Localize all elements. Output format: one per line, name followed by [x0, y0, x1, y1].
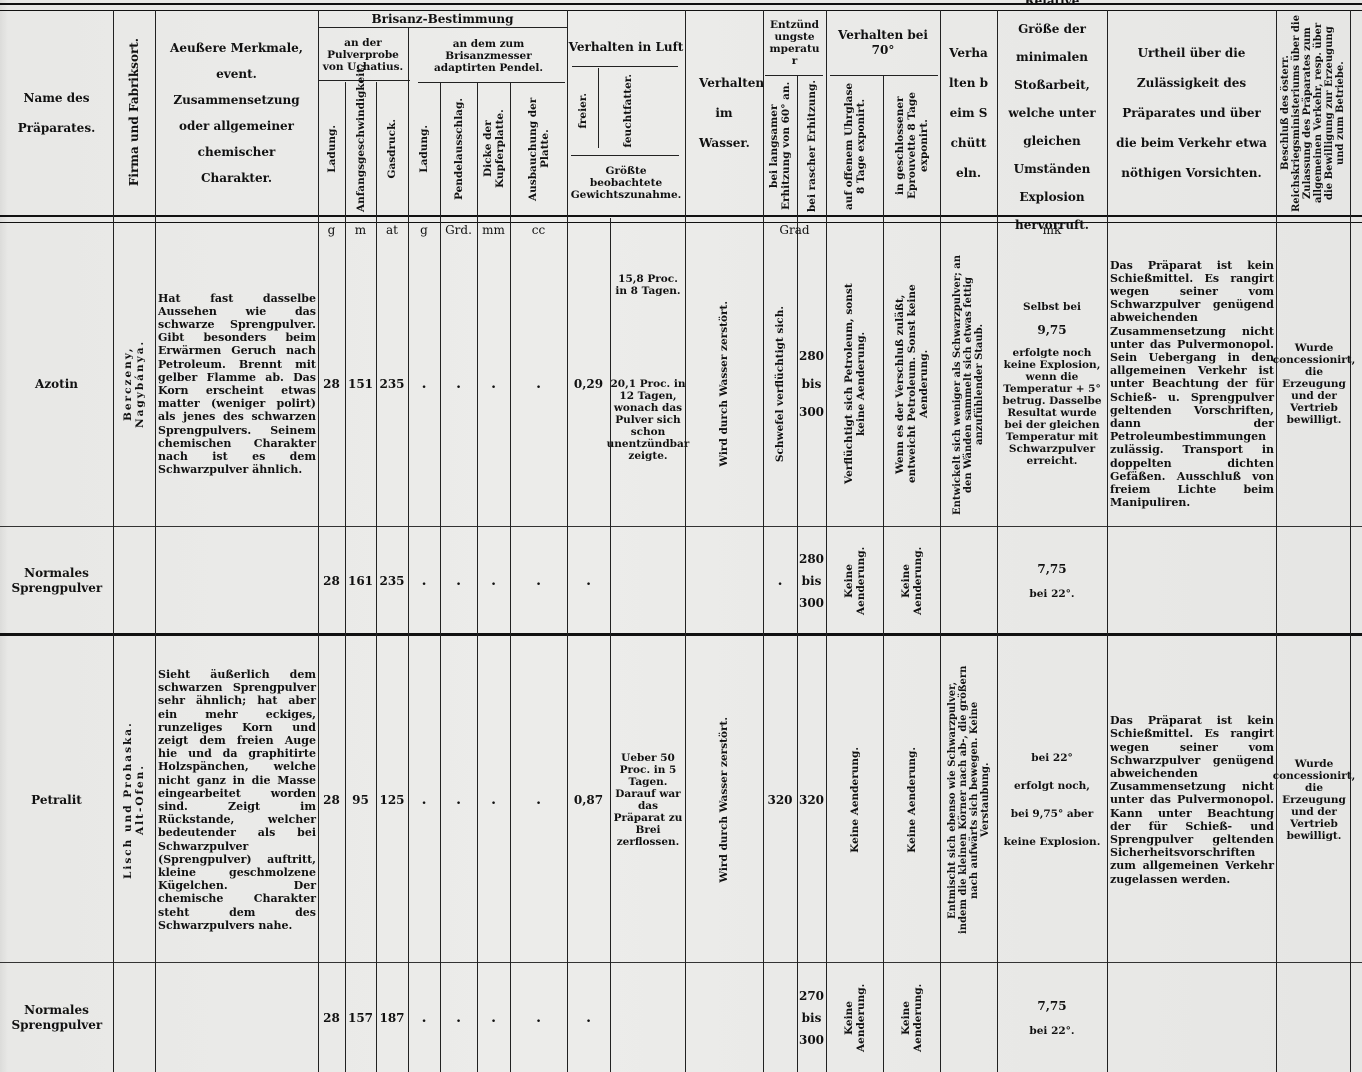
cell-feucht-a: 15,8 Proc. in 8 Tagen.: [612, 255, 684, 315]
cell-stossarbeit: 7,75 bei 22°.: [997, 528, 1107, 633]
header-verhalten-70: Verhalten bei 70°: [826, 12, 940, 74]
cell-wasser: Wird durch Wasser zerstört.: [685, 242, 763, 526]
cell-feucht-b: 20,1 Proc. in 12 Tagen, wonach das Pulve…: [612, 360, 684, 480]
header-langsam: bei langsamer Erhitzung von 60° an.: [763, 78, 797, 214]
cell-urtheil: Das Präparat ist kein Schießmittel. Es r…: [1110, 638, 1274, 962]
row-rule-1: [0, 526, 1362, 527]
header-gasdruck: Gasdruck.: [376, 84, 408, 214]
cell-ausbauchung: .: [510, 638, 567, 962]
cell-stossarbeit: 7,75 bei 22°.: [997, 964, 1107, 1072]
cell-langsam: Schwefel verflüchtigt sich.: [763, 242, 797, 526]
unit-g: g: [318, 220, 345, 240]
header-ladung2: Ladung.: [408, 84, 440, 214]
cell-uhrglas: Keine Aenderung.: [826, 964, 883, 1072]
cell-schuetteln: Entmischt sich ebenso wie Schwarzpulver,…: [940, 638, 997, 962]
header-rule: [0, 215, 1362, 223]
cell-eprouvette: Keine Aenderung.: [883, 638, 940, 962]
cell-ladung: 28: [318, 638, 345, 962]
cell-anfang: 95: [345, 638, 376, 962]
verh70-rule: [830, 75, 938, 76]
cell-pendel: .: [440, 242, 477, 526]
header-schuetteln: Verhalten beim Schütteln.: [940, 10, 997, 215]
unit-grad: Grad: [763, 220, 826, 240]
row-merkmale: Sieht äußerlich dem schwarzen Sprengpulv…: [158, 638, 316, 962]
row-firma: Berczeny, Nagybánya.: [113, 242, 155, 526]
header-pendel: an dem zum Brisanzmesser adaptirten Pend…: [410, 30, 567, 82]
header-merkmale: Aeußere Merkmale, event. Zusammensetzung…: [155, 10, 318, 215]
row-name: Normales Sprengpulver: [0, 528, 113, 633]
header-pendelausschlag: Pendelausschlag.: [440, 84, 477, 214]
row-merkmale: Hat fast dasselbe Aussehen wie das schwa…: [158, 242, 316, 526]
cell-uhrglas: Verflüchtigt sich Petroleum, sonst keine…: [826, 242, 883, 526]
header-ausbauchung: Ausbauchung der Platte.: [510, 84, 567, 214]
cell-gasdruck: 235: [376, 242, 408, 526]
cell-ladung: 28: [318, 242, 345, 526]
cell-beschluss: Wurde concessionirt, die Erzeugung und d…: [1278, 242, 1350, 526]
unit-cc: cc: [510, 220, 567, 240]
header-feucht: feuchtfatter.: [598, 68, 658, 154]
header-gewicht: Größte beobachtete Gewichtszunahme.: [567, 160, 685, 205]
cell-pendel: .: [440, 638, 477, 962]
unit-at: at: [376, 220, 408, 240]
cell-ausbauchung: .: [510, 964, 567, 1072]
cell-gasdruck: 125: [376, 638, 408, 962]
header-firma: Firma und Fabriksort.: [113, 10, 155, 215]
cell-ladung2: .: [408, 242, 440, 526]
unit-grd: Grd.: [440, 220, 477, 240]
cell-ausbauchung: .: [510, 528, 567, 633]
row-name: Petralit: [0, 638, 113, 962]
cell-dicke: .: [477, 964, 510, 1072]
cell-stossarbeit: Selbst bei 9,75 erfolgte noch keine Expl…: [997, 242, 1107, 526]
cell-beschluss: Wurde concessionirt, die Erzeugung und d…: [1278, 638, 1350, 962]
cell-uhrglas: Keine Aenderung.: [826, 638, 883, 962]
header-stossarbeit: Relative Größe der minimalen Stoßarbeit,…: [997, 10, 1107, 215]
cell-feucht: Ueber 50 Proc. in 5 Tagen. Darauf war da…: [612, 638, 684, 962]
cell-eprouvette: Keine Aenderung.: [883, 964, 940, 1072]
cell-urtheil: Das Präparat ist kein Schießmittel. Es r…: [1110, 242, 1274, 526]
cell-uhrglas: Keine Aenderung.: [826, 528, 883, 633]
header-ladung1: Ladung.: [318, 84, 345, 214]
cell-freier: 0,87: [567, 638, 610, 962]
cell-freier: 0,29: [567, 242, 610, 526]
cell-eprouvette: Wenn es der Verschluß zuläßt, entweicht …: [883, 242, 940, 526]
unit-mk: mk: [997, 220, 1107, 240]
section-rule: [0, 633, 1362, 636]
row-rule-3: [0, 962, 1362, 963]
cell-wasser: Wird durch Wasser zerstört.: [685, 638, 763, 962]
cell-ladung: 28: [318, 964, 345, 1072]
cell-dicke: .: [477, 638, 510, 962]
cell-pendel: .: [440, 964, 477, 1072]
row-name: Azotin: [0, 242, 113, 526]
luft-rule: [572, 66, 678, 67]
cell-rasch: 280 bis 300: [797, 528, 826, 633]
unit-mm: mm: [477, 220, 510, 240]
header-brisanz: Brisanz-Bestimmung: [318, 10, 567, 28]
row-firma: Lisch und Prohaska. Alt-Ofen.: [113, 638, 155, 962]
cell-dicke: .: [477, 242, 510, 526]
cell-anfang: 161: [345, 528, 376, 633]
cell-langsam: 320: [763, 638, 797, 962]
header-freier: freier.: [567, 68, 598, 154]
header-urtheil: Urtheil über die Zulässigkeit des Präpar…: [1107, 10, 1276, 215]
cell-ausbauchung: .: [510, 242, 567, 526]
cell-rasch: 280 bis 300: [797, 242, 826, 526]
header-beschluss: Beschluß des österr. Reichskriegsministe…: [1276, 10, 1350, 215]
cell-eprouvette: Keine Aenderung.: [883, 528, 940, 633]
header-eprouvette: in geschlossener Eprouvette 8 Tage expon…: [883, 78, 940, 214]
cell-rasch: 270 bis 300: [797, 964, 826, 1072]
header-dicke: Dicke der Kupferplatte.: [477, 84, 510, 214]
cell-schuetteln: Entwickelt sich weniger als Schwarzpulve…: [940, 242, 997, 526]
cell-ladung2: .: [408, 528, 440, 633]
cell-freier: .: [567, 964, 610, 1072]
document-page: Name des Präparates. Firma und Fabriksor…: [0, 0, 1362, 1072]
cell-dicke: .: [477, 528, 510, 633]
entzuend-rule: [765, 75, 823, 76]
cell-ladung2: .: [408, 638, 440, 962]
cell-gasdruck: 235: [376, 528, 408, 633]
cell-ladung2: .: [408, 964, 440, 1072]
cell-anfang: 157: [345, 964, 376, 1072]
header-luft: Verhalten in Luft: [567, 30, 685, 64]
header-wasser: Verhalten im Wasser.: [685, 10, 763, 215]
cell-ladung: 28: [318, 528, 345, 633]
header-name: Name des Präparates.: [0, 10, 113, 215]
cell-langsam: .: [763, 528, 797, 633]
cell-stossarbeit: bei 22° erfolgt noch, bei 9,75° aber kei…: [997, 638, 1107, 962]
header-entzuendung: Entzündungstemperatur: [763, 12, 826, 74]
header-uhrglas: auf offenem Uhrglase 8 Tage exponirt.: [826, 78, 883, 214]
cell-pendel: .: [440, 528, 477, 633]
cell-freier: .: [567, 528, 610, 633]
cell-rasch: 320: [797, 638, 826, 962]
row-name: Normales Sprengpulver: [0, 964, 113, 1072]
header-rasch: bei rascher Erhitzung.: [797, 78, 826, 214]
unit-m: m: [345, 220, 376, 240]
cell-gasdruck: 187: [376, 964, 408, 1072]
header-anfangsgeschwindigkeit: Anfangsgeschwindigkeit.: [345, 84, 376, 214]
cell-anfang: 151: [345, 242, 376, 526]
unit-g2: g: [408, 220, 440, 240]
luft-lower-rule: [571, 155, 679, 156]
